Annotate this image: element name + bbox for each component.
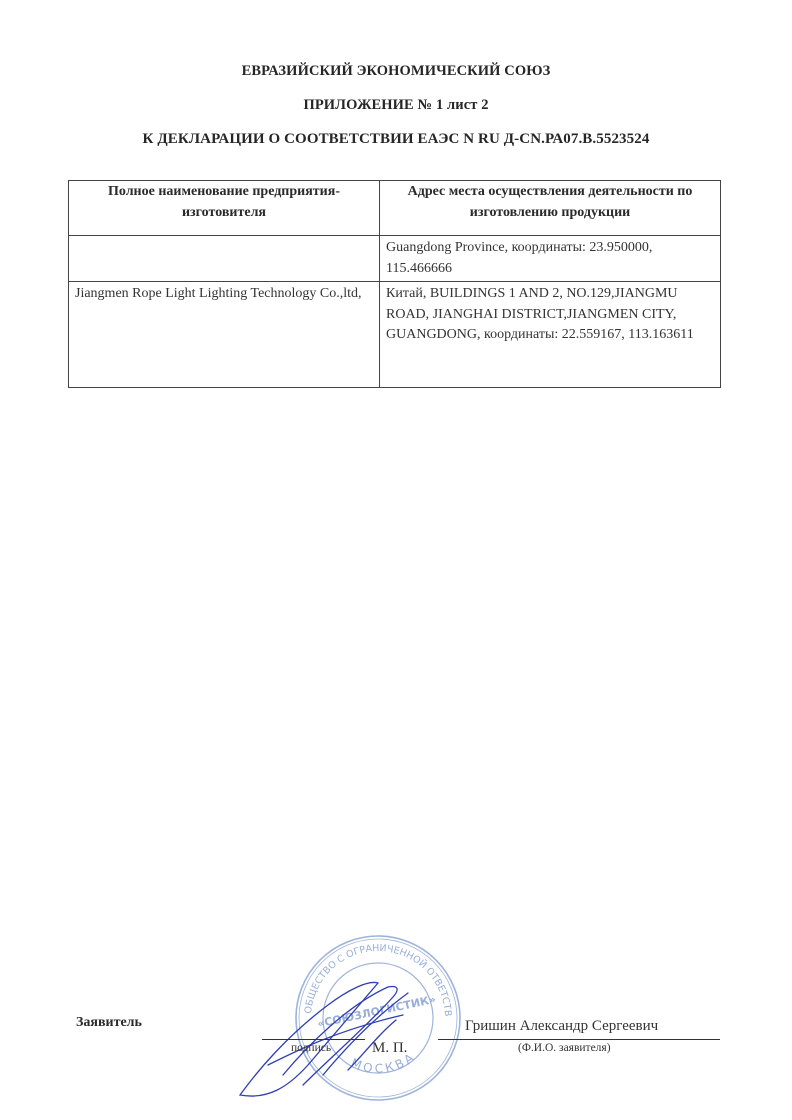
manufacturer-table: Полное наименование предприятия-изготови… — [68, 180, 721, 388]
signature-line — [262, 1039, 365, 1040]
table-row: Jiangmen Rope Light Lighting Technology … — [69, 282, 721, 388]
name-line — [438, 1039, 720, 1040]
declaration-title: К ДЕКЛАРАЦИИ О СООТВЕТСТВИИ ЕАЭС N RU Д-… — [0, 131, 792, 148]
name-caption: (Ф.И.О. заявителя) — [518, 1042, 611, 1054]
table-header-row: Полное наименование предприятия-изготови… — [69, 181, 721, 236]
signature-icon — [228, 975, 418, 1100]
appendix-title: ПРИЛОЖЕНИЕ № 1 лист 2 — [0, 97, 792, 114]
union-title: ЕВРАЗИЙСКИЙ ЭКОНОМИЧЕСКИЙ СОЮЗ — [0, 63, 792, 80]
cell-manufacturer-address: Guangdong Province, координаты: 23.95000… — [380, 236, 721, 282]
cell-manufacturer-address: Китай, BUILDINGS 1 AND 2, NO.129,JIANGMU… — [380, 282, 721, 388]
applicant-label: Заявитель — [76, 1015, 142, 1031]
seal-label: М. П. — [372, 1040, 407, 1057]
signature-caption: подпись — [291, 1042, 331, 1054]
column-header-name: Полное наименование предприятия-изготови… — [69, 181, 380, 236]
cell-manufacturer-name: Jiangmen Rope Light Lighting Technology … — [69, 282, 380, 388]
table-row: Guangdong Province, координаты: 23.95000… — [69, 236, 721, 282]
cell-manufacturer-name — [69, 236, 380, 282]
applicant-name: Гришин Александр Сергеевич — [465, 1018, 658, 1035]
column-header-address: Адрес места осуществления деятельности п… — [380, 181, 721, 236]
